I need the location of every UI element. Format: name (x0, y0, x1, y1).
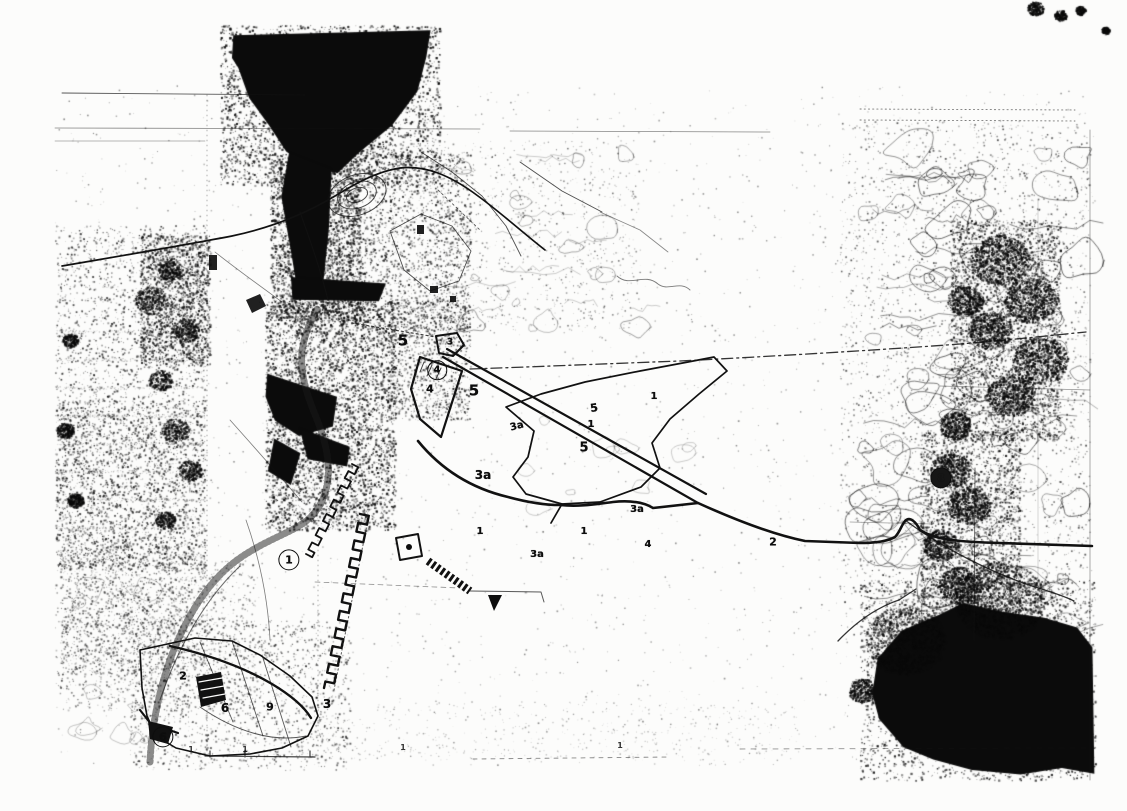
border-tick-label: 1 (400, 744, 406, 752)
zone-label: 5 (579, 442, 588, 455)
zone-label: 3 (323, 698, 331, 710)
zone-label: 6 (152, 726, 173, 747)
zone-label: 3a (475, 469, 491, 481)
scanned-map-sheet: 534453a51513a3a1143a212696381111 (0, 0, 1127, 811)
zone-label: 4 (645, 540, 652, 550)
zone-label: 1 (588, 420, 595, 430)
zone-label: 8 (930, 467, 951, 488)
zone-label: 3a (630, 505, 644, 515)
border-tick-label: 1 (242, 746, 248, 754)
zone-label: 5 (469, 384, 479, 399)
zone-label: 3a (530, 550, 544, 560)
border-tick-label: 1 (188, 746, 194, 754)
zone-label: 3 (447, 339, 453, 348)
zone-label: 5 (398, 334, 408, 349)
map-labels-layer: 534453a51513a3a1143a212696381111 (0, 0, 1127, 811)
zone-label: 1 (477, 527, 484, 537)
zone-label: 2 (769, 537, 777, 548)
zone-label: 3a (509, 420, 525, 433)
zone-label: 1 (278, 549, 299, 570)
zone-label: 1 (651, 392, 658, 402)
zone-label: 4 (426, 384, 434, 395)
zone-label: 6 (221, 702, 229, 714)
zone-label: 1 (581, 527, 588, 537)
border-tick-label: 1 (617, 742, 623, 750)
zone-label: 9 (266, 702, 274, 713)
zone-label: 4 (427, 360, 447, 380)
zone-label: 2 (179, 671, 187, 682)
zone-label: 5 (589, 402, 598, 414)
